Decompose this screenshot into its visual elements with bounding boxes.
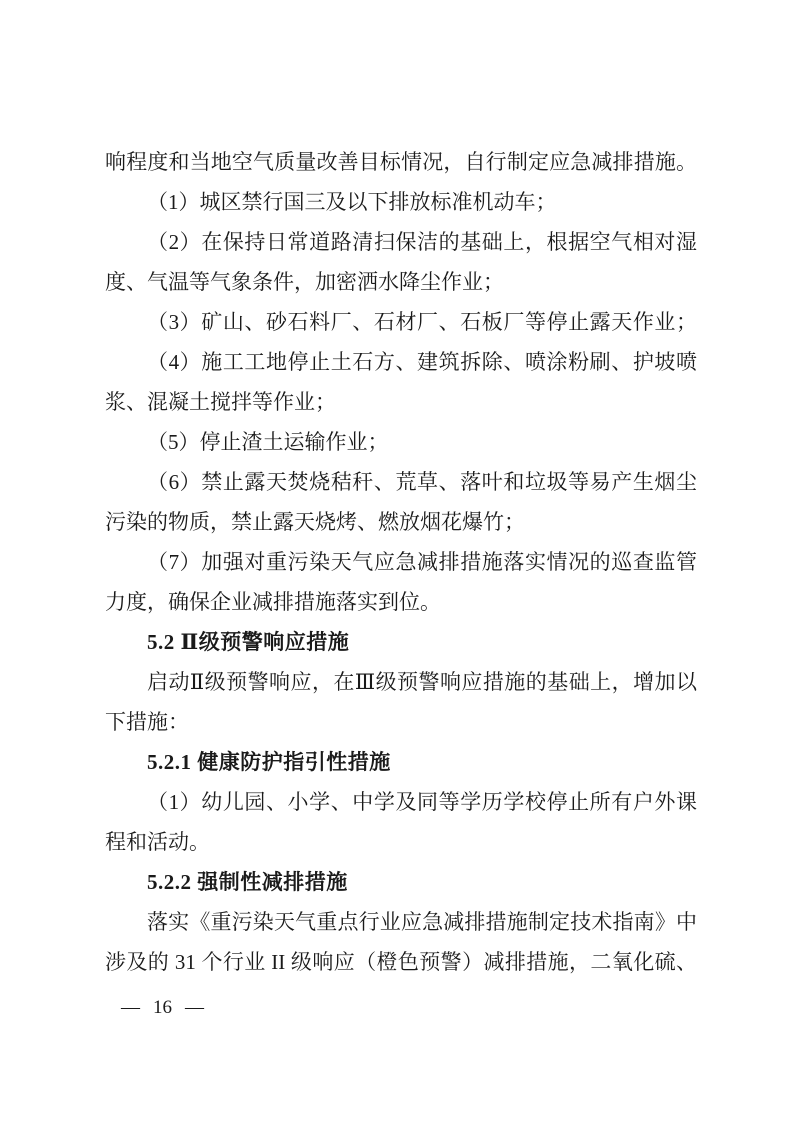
page-number: 16 [153,996,172,1020]
measure-item-4: （4）施工工地停止土石方、建筑拆除、喷涂粉刷、护坡喷 [105,342,697,382]
measure-item-7: （7）加强对重污染天气应急减排措施落实情况的巡查监管 [105,542,697,582]
doc-line-15: 下措施： [105,702,697,742]
doc-line-12: 力度，确保企业减排措施落实到位。 [105,582,697,622]
document-page: 响程度和当地空气质量改善目标情况，自行制定应急减排措施。 （1）城区禁行国三及以… [0,0,793,1122]
heading-5-2-2: 5.2.2 强制性减排措施 [105,862,697,902]
doc-line-17: （1）幼儿园、小学、中学及同等学历学校停止所有户外课 [105,782,697,822]
measure-item-3: （3）矿山、砂石料厂、石材厂、石板厂等停止露天作业； [105,302,697,342]
doc-line-20: 落实《重污染天气重点行业应急减排措施制定技术指南》中 [105,902,697,942]
doc-line-7: 浆、混凝土搅拌等作业； [105,382,697,422]
doc-line-21: 涉及的 31 个行业 II 级响应（橙色预警）减排措施，二氧化硫、 [105,942,697,982]
doc-line-18: 程和活动。 [105,822,697,862]
measure-item-2: （2）在保持日常道路清扫保洁的基础上，根据空气相对湿 [105,222,697,262]
doc-line-1: 响程度和当地空气质量改善目标情况，自行制定应急减排措施。 [105,142,697,182]
doc-line-10: 污染的物质，禁止露天烧烤、燃放烟花爆竹； [105,502,697,542]
measure-item-1: （1）城区禁行国三及以下排放标准机动车； [105,182,697,222]
measure-item-6: （6）禁止露天焚烧秸秆、荒草、落叶和垃圾等易产生烟尘 [105,462,697,502]
document-body: 响程度和当地空气质量改善目标情况，自行制定应急减排措施。 （1）城区禁行国三及以… [105,142,697,982]
measure-item-5: （5）停止渣土运输作业； [105,422,697,462]
heading-5-2-1: 5.2.1 健康防护指引性措施 [105,742,697,782]
doc-line-14: 启动Ⅱ级预警响应，在Ⅲ级预警响应措施的基础上，增加以 [105,662,697,702]
footer-dash-right: — [185,996,204,1020]
heading-5-2: 5.2 Ⅱ级预警响应措施 [105,622,697,662]
doc-line-4: 度、气温等气象条件，加密洒水降尘作业； [105,262,697,302]
footer-dash-left: — [121,996,140,1020]
page-footer: — 16 — [121,996,204,1020]
